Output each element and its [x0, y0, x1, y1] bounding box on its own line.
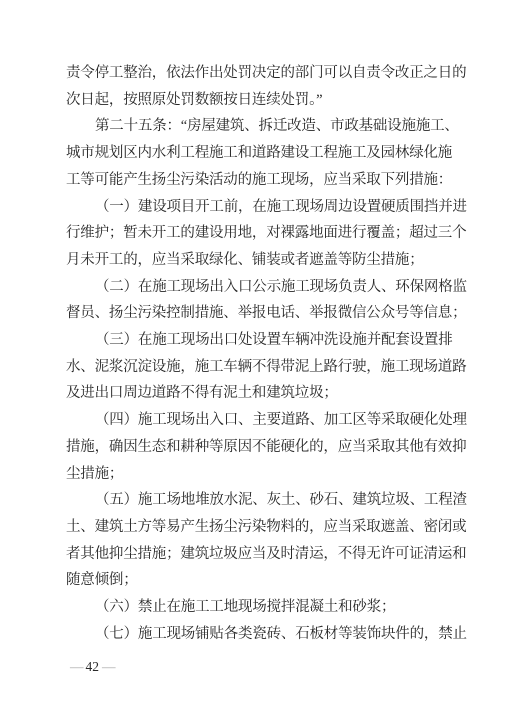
text-line: （四）施工现场出入口、主要道路、加工区等采取硬化处理 [66, 407, 476, 434]
text-line: （五）施工场地堆放水泥、灰土、砂石、建筑垃圾、工程渣 [66, 487, 476, 514]
text-line: （一）建设项目开工前，在施工现场周边设置硬质围挡并进 [66, 194, 476, 221]
text-line: 月未开工的，应当采取绿化、铺装或者遮盖等防尘措施； [66, 247, 476, 274]
text-line: 及进出口周边道路不得有泥土和建筑垃圾； [66, 380, 476, 407]
text-line: 尘措施； [66, 461, 476, 488]
text-line: 城市规划区内水利工程施工和道路建设工程施工及园林绿化施 [66, 140, 476, 167]
footer-page-number: 42 [83, 659, 103, 674]
text-line: （二）在施工现场出入口公示施工现场负责人、环保网格监 [66, 274, 476, 301]
footer-dash-left: — [70, 659, 83, 674]
text-line: 工等可能产生扬尘污染活动的施工现场，应当采取下列措施： [66, 167, 476, 194]
text-line: 行维护；暂未开工的建设用地，对裸露地面进行覆盖；超过三个 [66, 220, 476, 247]
text-line: 随意倾倒； [66, 567, 476, 594]
text-line: 措施，确因生态和耕种等原因不能硬化的，应当采取其他有效抑 [66, 434, 476, 461]
text-line: 土、建筑土方等易产生扬尘污染物料的，应当采取遮盖、密闭或 [66, 514, 476, 541]
text-line: （七）施工现场铺贴各类瓷砖、石板材等装饰块件的，禁止 [66, 621, 476, 648]
text-line: 次日起，按照原处罚数额按日连续处罚。” [66, 87, 476, 114]
text-line: 责令停工整治，依法作出处罚决定的部门可以自责令改正之日的 [66, 60, 476, 87]
text-line: 水、泥浆沉淀设施，施工车辆不得带泥上路行驶，施工现场道路 [66, 354, 476, 381]
footer-dash-right: — [102, 659, 115, 674]
document-page: 责令停工整治，依法作出处罚决定的部门可以自责令改正之日的次日起，按照原处罚数额按… [0, 0, 528, 705]
text-line: （六）禁止在施工工地现场搅拌混凝土和砂浆； [66, 594, 476, 621]
text-line: （三）在施工现场出口处设置车辆冲洗设施并配套设置排 [66, 327, 476, 354]
text-line: 第二十五条：“房屋建筑、拆迁改造、市政基础设施施工、 [66, 113, 476, 140]
document-body: 责令停工整治，依法作出处罚决定的部门可以自责令改正之日的次日起，按照原处罚数额按… [66, 60, 476, 647]
page-footer: —42— [70, 659, 115, 675]
text-line: 者其他抑尘措施；建筑垃圾应当及时清运，不得无许可证清运和 [66, 541, 476, 568]
text-line: 督员、扬尘污染控制措施、举报电话、举报微信公众号等信息； [66, 300, 476, 327]
